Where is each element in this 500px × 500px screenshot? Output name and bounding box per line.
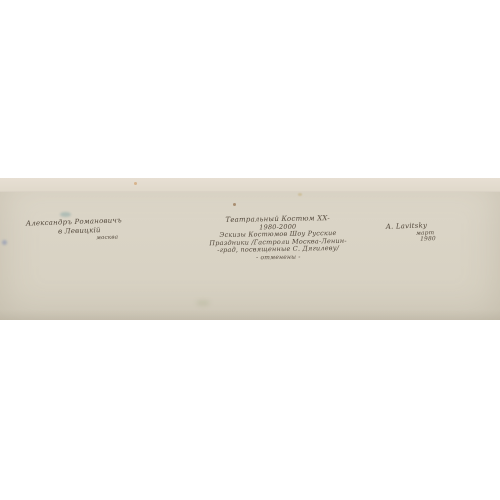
title-inscription: Театральный Костюм XX- 1980-2000 Эскизы … <box>178 214 379 263</box>
artist-name-inscription: Александръ Романовичъ в Левицкiй москва <box>26 216 123 243</box>
paper-strip: Александръ Романовичъ в Левицкiй москва … <box>0 178 500 320</box>
photo-of-inscription: Александръ Романовичъ в Левицкiй москва … <box>0 0 500 500</box>
brown-speck <box>233 203 236 206</box>
yellow-speck <box>298 193 302 196</box>
green-stain <box>196 300 210 306</box>
blue-ink-dot <box>2 240 7 245</box>
paper-bottom-shadow <box>0 310 500 320</box>
artist-city: москва <box>96 234 122 241</box>
signature-year: 1980 <box>420 236 436 243</box>
orange-speck <box>134 182 137 185</box>
signature-inscription: A. Lavitsky март 1980 <box>386 221 436 244</box>
paper-top-edge <box>0 178 500 192</box>
teal-ink-smudge <box>60 212 71 217</box>
